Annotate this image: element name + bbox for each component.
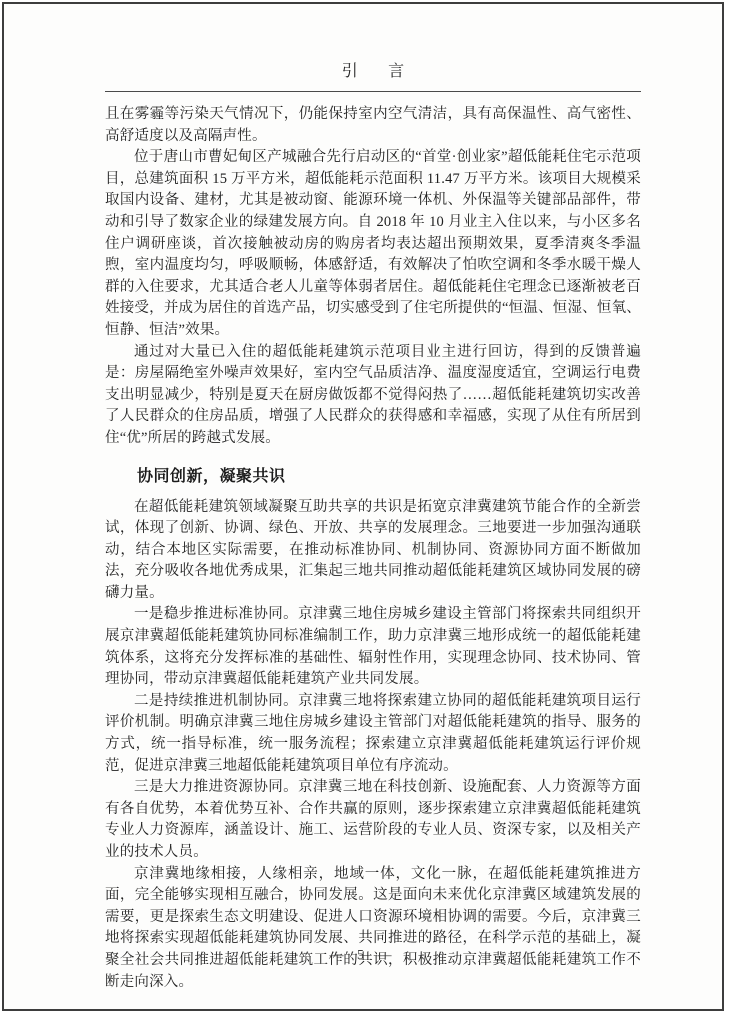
paragraph-mechanism-coordination: 二是持续推进机制协同。京津冀三地将探索建立协同的超低能耗建筑项目运行评价机制。明… — [105, 691, 641, 777]
scanned-document-page: 引 言 且在雾霾等污染天气情况下，仍能保持室内空气清洁，具有高保温性、高气密性、… — [2, 2, 724, 1011]
page-content: 引 言 且在雾霾等污染天气情况下，仍能保持室内空气清洁，具有高保温性、高气密性、… — [105, 4, 641, 993]
paragraph-project-tangshan: 位于唐山市曹妃甸区产城融合先行启动区的“首堂·创业家”超低能耗住宅示范项目，总建… — [105, 147, 641, 341]
body-text: 且在雾霾等污染天气情况下，仍能保持室内空气清洁，具有高保温性、高气密性、高舒适度… — [105, 104, 641, 993]
paragraph-standard-coordination: 一是稳步推进标准协同。京津冀三地住房城乡建设主管部门将探索共同组织开展京津冀超低… — [105, 604, 641, 690]
page-number: — 5 — — [4, 948, 722, 964]
paragraph-resource-coordination: 三是大力推进资源协同。京津冀三地在科技创新、设施配套、人力资源等方面有各自优势，… — [105, 777, 641, 863]
paragraph-conclusion: 京津冀地缘相接，人缘相亲，地域一体，文化一脉，在超低能耗建筑推进方面，完全能够实… — [105, 864, 641, 994]
paragraph-resident-feedback: 通过对大量已入住的超低能耗建筑示范项目业主进行回访，得到的反馈普遍是：房屋隔绝室… — [105, 342, 641, 450]
title-rule — [105, 91, 641, 92]
section-heading-collaborative-innovation: 协同创新，凝聚共识 — [105, 463, 641, 486]
paragraph-continued-from-previous-page: 且在雾霾等污染天气情况下，仍能保持室内空气清洁，具有高保温性、高气密性、高舒适度… — [105, 104, 641, 147]
chapter-title: 引 言 — [105, 58, 641, 81]
paragraph-consensus: 在超低能耗建筑领域凝聚互助共享的共识是拓宽京津冀建筑节能合作的全新尝试，体现了创… — [105, 497, 641, 605]
